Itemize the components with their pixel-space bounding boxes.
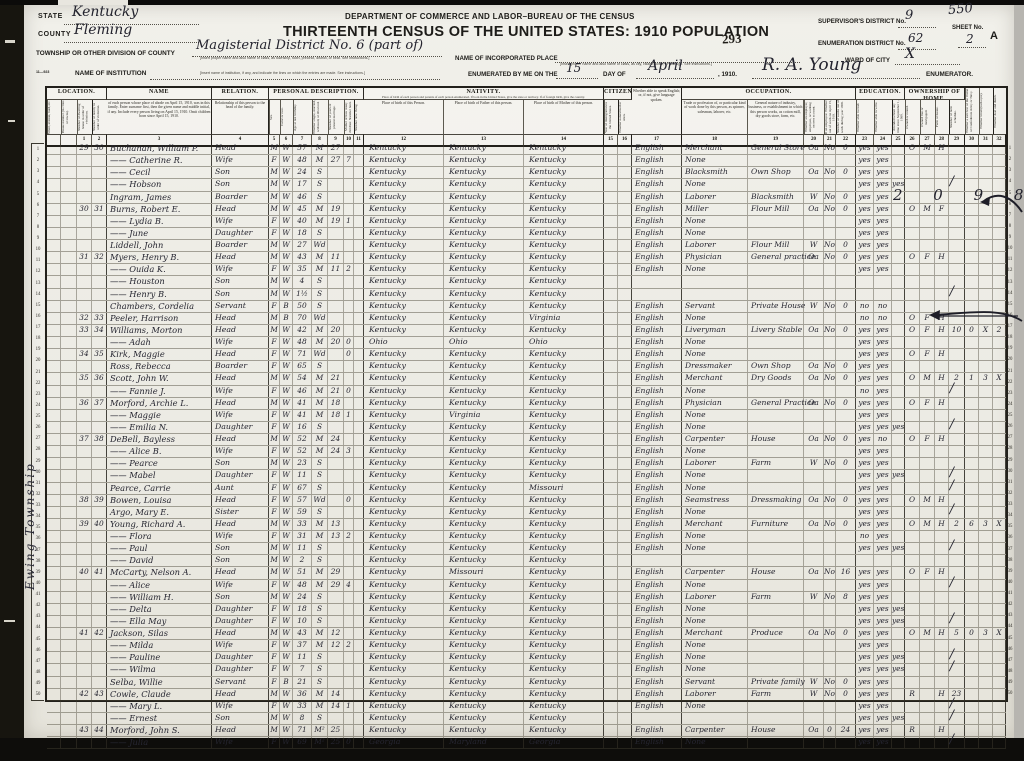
line-number: 12	[1004, 265, 1016, 276]
cell-rel: Head	[212, 313, 269, 324]
cell-sex: F	[269, 301, 280, 312]
cell-age: 46	[293, 192, 312, 203]
cell-emp	[804, 289, 824, 300]
cell-wks: 0	[836, 458, 856, 469]
cell-ind: Private House	[748, 301, 804, 312]
cell-imm	[604, 228, 618, 239]
cell-rd: yes	[856, 179, 874, 190]
cell-wks	[836, 289, 856, 300]
cell-rd: yes	[856, 337, 874, 348]
cell-house	[61, 337, 77, 348]
cell-yrs	[328, 470, 344, 481]
cell-wr: yes	[874, 640, 892, 651]
cell-street	[47, 519, 61, 530]
cell-fh	[935, 701, 949, 712]
cell-fh	[935, 483, 949, 494]
cell-age: 7	[293, 664, 312, 675]
cell-liv	[354, 531, 364, 542]
cell-wks	[836, 640, 856, 651]
cell-sched	[949, 337, 965, 348]
cell-ind: Flour Mill	[748, 240, 804, 251]
cell-wr: yes	[874, 216, 892, 227]
cell-age: 35	[293, 264, 312, 275]
line-number: 30	[1004, 466, 1016, 477]
cell-trade: None	[682, 179, 748, 190]
cell-name: Morford, John S.	[107, 725, 212, 736]
cell-mo: Kentucky	[524, 664, 604, 675]
cell-out	[824, 555, 836, 566]
cell-liv	[354, 410, 364, 421]
cell-street	[47, 507, 61, 518]
cell-rel: Wife	[212, 640, 269, 651]
cell-dw	[77, 216, 92, 227]
cell-name: McCarty, Nelson A.	[107, 567, 212, 578]
cell-mo: Kentucky	[524, 143, 604, 154]
cell-house	[61, 240, 77, 251]
cell-eng	[632, 289, 682, 300]
line-number: 19	[1004, 343, 1016, 354]
cell-trade	[682, 713, 748, 724]
cell-bl: 3	[979, 373, 993, 384]
cell-fh	[935, 470, 949, 481]
cell-ind	[748, 264, 804, 275]
cell-dw	[77, 580, 92, 591]
cell-street	[47, 713, 61, 724]
cell-name: —— Mabel	[107, 470, 212, 481]
cell-rel: Head	[212, 398, 269, 409]
cell-rd: yes	[856, 652, 874, 663]
cell-sur	[965, 422, 979, 433]
cell-street	[47, 216, 61, 227]
cell-wr: yes	[874, 580, 892, 591]
cell-wks: 16	[836, 567, 856, 578]
cell-born: 4	[344, 580, 354, 591]
cell-col: W	[280, 216, 293, 227]
cell-sch	[892, 349, 905, 360]
cell-house	[61, 264, 77, 275]
cell-born	[344, 713, 354, 724]
cell-wks: 0	[836, 373, 856, 384]
cell-liv	[354, 701, 364, 712]
cell-wks: 0	[836, 325, 856, 336]
cell-sex: M	[269, 313, 280, 324]
cell-age: 57	[293, 495, 312, 506]
cell-street	[47, 373, 61, 384]
cell-col: W	[280, 264, 293, 275]
cell-yrs: 20	[328, 325, 344, 336]
cell-rel: Head	[212, 725, 269, 736]
cell-col: W	[280, 349, 293, 360]
cell-sex: F	[269, 580, 280, 591]
cell-fam	[92, 531, 107, 542]
census-row-41: 4142Jackson, SilasHeadMW43M12KentuckyKen…	[47, 628, 1006, 640]
cell-wks: 0	[836, 143, 856, 154]
cell-fa: Kentucky	[444, 192, 524, 203]
cell-rel: Sister	[212, 507, 269, 518]
cell-sur	[965, 264, 979, 275]
cell-dw	[77, 701, 92, 712]
cell-liv	[354, 301, 364, 312]
cell-age: 43	[293, 628, 312, 639]
cell-mo: Kentucky	[524, 373, 604, 384]
cell-age: 31	[293, 531, 312, 542]
cell-ind: Produce	[748, 628, 804, 639]
cell-birth: Kentucky	[364, 616, 444, 627]
cell-imm	[604, 386, 618, 397]
cell-birth: Kentucky	[364, 349, 444, 360]
cell-mtg: F	[920, 567, 935, 578]
column-group-citizenship-: CITIZENSHIP.	[604, 88, 632, 100]
cell-rd: yes	[856, 361, 874, 372]
cell-bl	[979, 167, 993, 178]
cell-ind	[748, 276, 804, 287]
cell-house	[61, 677, 77, 688]
cell-out	[824, 216, 836, 227]
cell-rd: yes	[856, 628, 874, 639]
cell-name: DeBell, Bayless	[107, 434, 212, 445]
cell-house	[61, 361, 77, 372]
cell-mtg	[920, 640, 935, 651]
cell-mo: Kentucky	[524, 677, 604, 688]
cell-mo: Kentucky	[524, 652, 604, 663]
cell-nat	[618, 410, 632, 421]
cell-sex: M	[269, 252, 280, 263]
line-number: 50	[1004, 688, 1016, 699]
cell-emp	[804, 228, 824, 239]
cell-trade: Blacksmith	[682, 167, 748, 178]
supervisor-rule	[898, 26, 936, 28]
cell-street	[47, 361, 61, 372]
cell-age: 52	[293, 434, 312, 445]
cell-house	[61, 458, 77, 469]
cell-fh: H	[935, 567, 949, 578]
cell-sex: F	[269, 422, 280, 433]
cell-wr: yes	[874, 689, 892, 700]
cell-mtg	[920, 458, 935, 469]
cell-out	[824, 155, 836, 166]
margin-arrow-top	[978, 188, 1024, 218]
cell-born	[344, 567, 354, 578]
line-number: 9	[1004, 232, 1016, 243]
cell-fa: Kentucky	[444, 373, 524, 384]
cell-col: W	[280, 458, 293, 469]
cell-nat	[618, 555, 632, 566]
cell-rel: Wife	[212, 446, 269, 457]
cell-fam	[92, 216, 107, 227]
margin-arrow-middle	[928, 303, 1024, 331]
cell-out: No	[824, 373, 836, 384]
cell-rd: yes	[856, 689, 874, 700]
cell-sch	[892, 276, 905, 287]
cell-trade: None	[682, 652, 748, 663]
institution-note: [Insert name of institution, if any, and…	[200, 71, 365, 75]
cell-eng: English	[632, 204, 682, 215]
cell-dw: 36	[77, 398, 92, 409]
cell-fh: H	[935, 398, 949, 409]
cell-bl	[979, 264, 993, 275]
column-desc-mtg: Owned free or mortgaged.	[920, 100, 935, 134]
cell-imm	[604, 664, 618, 675]
cell-trade: Seamstress	[682, 495, 748, 506]
cell-yrs: 24	[328, 446, 344, 457]
cell-fh	[935, 361, 949, 372]
cell-rd: yes	[856, 398, 874, 409]
column-desc-fh: Farm or house.	[935, 100, 949, 134]
census-row-9: Liddell, JohnBoarderMW27WdKentuckyKentuc…	[47, 240, 1006, 252]
cell-fh	[935, 531, 949, 542]
enumerated-mid: DAY OF	[603, 71, 626, 78]
cell-sur	[965, 337, 979, 348]
cell-sex: M	[269, 276, 280, 287]
cell-birth: Kentucky	[364, 470, 444, 481]
line-number: 4	[32, 177, 44, 188]
cell-rel: Son	[212, 276, 269, 287]
cell-col: W	[280, 701, 293, 712]
column-group-personal-description-: PERSONAL DESCRIPTION.	[269, 88, 364, 100]
cell-ind	[748, 349, 804, 360]
cell-col: W	[280, 289, 293, 300]
cell-sur	[965, 410, 979, 421]
cell-name: Morford, Archie L.	[107, 398, 212, 409]
line-number: 10	[1004, 243, 1016, 254]
cell-street	[47, 677, 61, 688]
cell-sch: yes	[892, 616, 905, 627]
cell-ind: Private family	[748, 677, 804, 688]
cell-liv	[354, 373, 364, 384]
cell-dw	[77, 240, 92, 251]
line-number: 20	[1004, 354, 1016, 365]
cell-yrs	[328, 422, 344, 433]
cell-street	[47, 664, 61, 675]
cell-born	[344, 458, 354, 469]
column-desc-mar: Whether single, married, widowed, or div…	[312, 100, 328, 134]
cell-house	[61, 155, 77, 166]
cell-birth: Kentucky	[364, 192, 444, 203]
cell-fam	[92, 301, 107, 312]
line-number: 40	[1004, 577, 1016, 588]
cell-bl	[979, 228, 993, 239]
cell-own	[905, 337, 920, 348]
cell-yrs: 13	[328, 519, 344, 530]
cell-wr: yes	[874, 701, 892, 712]
cell-sur	[965, 446, 979, 457]
cell-fh	[935, 446, 949, 457]
cell-street	[47, 725, 61, 736]
sheet-rule	[958, 46, 986, 48]
cell-fam	[92, 289, 107, 300]
cell-wks: 24	[836, 725, 856, 736]
line-number: 45	[32, 634, 44, 645]
line-number: 31	[1004, 477, 1016, 488]
cell-eng: English	[632, 628, 682, 639]
cell-wr: yes	[874, 483, 892, 494]
cell-birth: Kentucky	[364, 325, 444, 336]
cell-fh	[935, 276, 949, 287]
cell-age: 43	[293, 252, 312, 263]
cell-house	[61, 689, 77, 700]
cell-birth: Kentucky	[364, 640, 444, 651]
cell-imm	[604, 434, 618, 445]
cell-ind	[748, 507, 804, 518]
cell-eng: English	[632, 422, 682, 433]
cell-emp: Oa	[804, 252, 824, 263]
cell-liv	[354, 689, 364, 700]
cell-sur	[965, 640, 979, 651]
cell-fam: 43	[92, 689, 107, 700]
county-label: COUNTY	[38, 31, 71, 38]
cell-own: O	[905, 373, 920, 384]
cell-own	[905, 458, 920, 469]
cell-out	[824, 422, 836, 433]
cell-fam: 39	[92, 495, 107, 506]
cell-age: 11	[293, 470, 312, 481]
cell-street	[47, 155, 61, 166]
cell-mar: S	[312, 604, 328, 615]
cell-bl	[979, 276, 993, 287]
cell-birth: Georgia	[364, 737, 444, 748]
cell-sex: M	[269, 567, 280, 578]
cell-sur	[965, 228, 979, 239]
cell-wr: yes	[874, 543, 892, 554]
cell-out	[824, 470, 836, 481]
cell-out	[824, 483, 836, 494]
cell-sch	[892, 434, 905, 445]
cell-rel: Daughter	[212, 652, 269, 663]
cell-yrs	[328, 192, 344, 203]
cell-name: Selba, Willie	[107, 677, 212, 688]
cell-sex: M	[269, 434, 280, 445]
cell-mo: Kentucky	[524, 264, 604, 275]
cell-age: 42	[293, 325, 312, 336]
cell-rd: yes	[856, 470, 874, 481]
cell-col: W	[280, 386, 293, 397]
cell-age: 48	[293, 580, 312, 591]
column-desc-birth: Place of birth of this Person.	[364, 100, 444, 134]
cell-col: W	[280, 252, 293, 263]
cell-sur	[965, 470, 979, 481]
cell-mtg	[920, 167, 935, 178]
cell-street	[47, 470, 61, 481]
cell-own	[905, 531, 920, 542]
cell-imm	[604, 543, 618, 554]
cell-bl	[979, 470, 993, 481]
cell-fa: Kentucky	[444, 725, 524, 736]
cell-dw	[77, 446, 92, 457]
enumerated-day: 15	[566, 61, 581, 75]
county-value: Fleming	[74, 22, 132, 38]
cell-fa: Kentucky	[444, 252, 524, 263]
cell-wks: 0	[836, 677, 856, 688]
cell-dw	[77, 470, 92, 481]
cell-rd: yes	[856, 252, 874, 263]
cell-street	[47, 652, 61, 663]
line-number: 18	[1004, 332, 1016, 343]
cell-rd: no	[856, 531, 874, 542]
cell-fa: Kentucky	[444, 240, 524, 251]
cell-yrs: 27	[328, 143, 344, 154]
cell-rel: Servant	[212, 301, 269, 312]
cell-bl	[979, 143, 993, 154]
cell-out: No	[824, 434, 836, 445]
cell-emp: Oa	[804, 567, 824, 578]
line-number: 46	[32, 645, 44, 656]
cell-nat	[618, 616, 632, 627]
column-desc-eng: Whether able to speak English; or, if no…	[632, 88, 682, 134]
cell-col: W	[280, 337, 293, 348]
cell-mo: Kentucky	[524, 507, 604, 518]
sheet-label: SHEET No.	[952, 25, 983, 31]
cell-sex: F	[269, 410, 280, 421]
cell-fam	[92, 677, 107, 688]
cell-emp	[804, 470, 824, 481]
cell-street	[47, 483, 61, 494]
cell-rd: yes	[856, 143, 874, 154]
cell-own	[905, 361, 920, 372]
cell-sex: F	[269, 616, 280, 627]
cell-sur	[965, 167, 979, 178]
cell-birth: Kentucky	[364, 289, 444, 300]
cell-sur	[965, 155, 979, 166]
census-row-39: —— DeltaDaughterFW18SKentuckyKentuckyKen…	[47, 604, 1006, 616]
cell-sex: M	[269, 143, 280, 154]
cell-trade: None	[682, 386, 748, 397]
sheet-value: 2	[966, 32, 974, 46]
cell-birth: Kentucky	[364, 155, 444, 166]
cell-bl	[979, 531, 993, 542]
cell-wr	[874, 276, 892, 287]
cell-name: Liddell, John	[107, 240, 212, 251]
cell-ind	[748, 555, 804, 566]
cell-birth: Kentucky	[364, 373, 444, 384]
cell-birth: Ohio	[364, 337, 444, 348]
cell-fh	[935, 240, 949, 251]
institution-rule	[150, 78, 440, 80]
column-desc-yrs: Number of years of present marriage.	[328, 100, 344, 134]
cell-nat	[618, 567, 632, 578]
cell-fa: Kentucky	[444, 361, 524, 372]
cell-fam	[92, 410, 107, 421]
census-row-11: —— Ouida K.WifeFW35M112KentuckyKentuckyK…	[47, 264, 1006, 276]
cell-sch: yes	[892, 652, 905, 663]
cell-mo: Kentucky	[524, 204, 604, 215]
cell-birth: Kentucky	[364, 628, 444, 639]
cell-wr: yes	[874, 725, 892, 736]
column-desc-sex: Sex.	[269, 100, 280, 134]
cell-own: O	[905, 349, 920, 360]
cell-emp	[804, 337, 824, 348]
cell-liv	[354, 422, 364, 433]
cell-yrs: 14	[328, 701, 344, 712]
cell-out: No	[824, 592, 836, 603]
cell-name: Williams, Morton	[107, 325, 212, 336]
cell-nat	[618, 737, 632, 748]
cell-fh	[935, 713, 949, 724]
line-number: 14	[1004, 288, 1016, 299]
census-row-34: —— PaulSonMW11SKentuckyKentuckyKentuckyE…	[47, 543, 1006, 555]
cell-mtg: F	[920, 434, 935, 445]
cell-age: 69	[293, 737, 312, 748]
cell-born	[344, 192, 354, 203]
cell-dw	[77, 652, 92, 663]
census-row-15: 3233Peeler, HarrisonHeadMB70WdKentuckyKe…	[47, 313, 1006, 325]
census-row-18: 3435Kirk, MaggieHeadFW71Wd0KentuckyKentu…	[47, 349, 1006, 361]
cell-liv	[354, 664, 364, 675]
census-row-3: —— CecilSonMW24SKentuckyKentuckyKentucky…	[47, 167, 1006, 179]
cell-born	[344, 373, 354, 384]
cell-wks	[836, 276, 856, 287]
cell-sch: yes	[892, 713, 905, 724]
cell-house	[61, 616, 77, 627]
